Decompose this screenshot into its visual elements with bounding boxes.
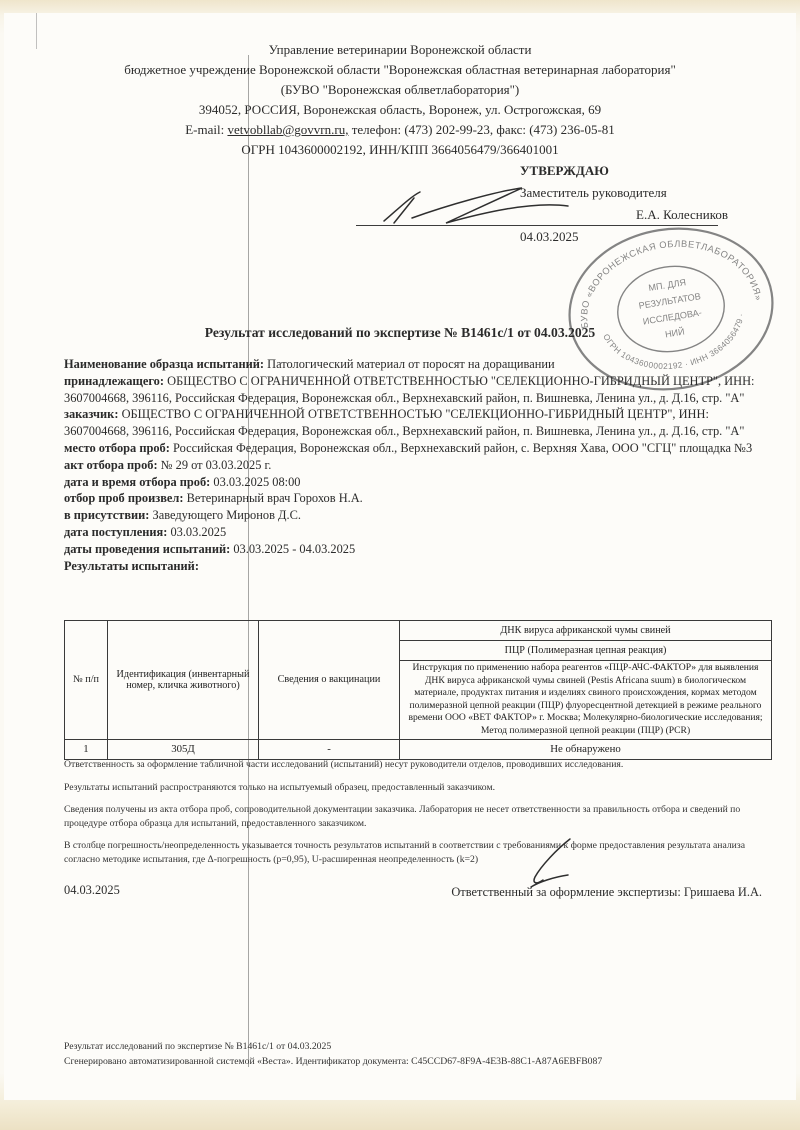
- document-title: Результат исследований по экспертизе № В…: [4, 325, 796, 341]
- stamp-inner-line1: МП. ДЛЯ: [648, 277, 687, 293]
- results-heading: Результаты испытаний:: [64, 558, 772, 575]
- footer-expertise-ref: Результат исследований по экспертизе № В…: [64, 1039, 764, 1054]
- document-footer: Результат исследований по экспертизе № В…: [64, 1039, 764, 1069]
- email-label: E-mail:: [185, 122, 224, 137]
- cell-vaccination: -: [259, 739, 400, 759]
- detail-line: заказчик: ОБЩЕСТВО С ОГРАНИЧЕННОЙ ОТВЕТС…: [64, 406, 772, 440]
- col-header-num: № п/п: [65, 621, 108, 740]
- scanned-document-page: Управление ветеринарии Воронежской облас…: [4, 13, 796, 1100]
- cell-identification: 305Д: [108, 739, 259, 759]
- col-header-method-short: ПЦР (Полимеразная цепная реакция): [400, 641, 772, 661]
- col-header-method-full: Инструкция по применению набора реагенто…: [400, 661, 772, 740]
- results-table: № п/п Идентификация (инвентарный номер, …: [64, 620, 772, 760]
- cell-row-number: 1: [65, 739, 108, 759]
- email-address: vetvobllab@govvrn.ru,: [227, 122, 348, 137]
- org-header: Управление ветеринарии Воронежской облас…: [4, 40, 796, 160]
- footnote: В столбце погрешность/неопределенность у…: [64, 839, 776, 866]
- cell-result: Не обнаружено: [400, 739, 772, 759]
- responsible-person: Ответственный за оформление экспертизы: …: [451, 885, 762, 900]
- detail-line: место отбора проб: Российская Федерация,…: [64, 440, 772, 457]
- footer-generated-id: Сгенерировано автоматизированной системо…: [64, 1054, 764, 1069]
- sample-details: Наименование образца испытаний: Патологи…: [64, 356, 772, 574]
- org-name-line2: бюджетное учреждение Воронежской области…: [4, 60, 796, 80]
- approve-label: УТВЕРЖДАЮ: [520, 163, 609, 179]
- detail-line: дата и время отбора проб: 03.03.2025 08:…: [64, 474, 772, 491]
- footnote: Ответственность за оформление табличной …: [64, 758, 776, 772]
- footnote: Результаты испытаний распространяются то…: [64, 781, 776, 795]
- detail-line: Наименование образца испытаний: Патологи…: [64, 356, 772, 373]
- detail-line: принадлежащего: ОБЩЕСТВО С ОГРАНИЧЕННОЙ …: [64, 373, 772, 407]
- footnotes: Ответственность за оформление табличной …: [64, 758, 776, 875]
- org-ogrn-inn: ОГРН 1043600002192, ИНН/КПП 3664056479/3…: [4, 140, 796, 160]
- org-name-line1: Управление ветеринарии Воронежской облас…: [4, 40, 796, 60]
- org-name-line3: (БУВО "Воронежская облветлаборатория"): [4, 80, 796, 100]
- col-header-analyte: ДНК вируса африканской чумы свиней: [400, 621, 772, 641]
- detail-line: акт отбора проб: № 29 от 03.03.2025 г.: [64, 457, 772, 474]
- detail-line: в присутствии: Заведующего Миронов Д.С.: [64, 507, 772, 524]
- signoff-date: 04.03.2025: [64, 883, 120, 898]
- org-address: 394052, РОССИЯ, Воронежская область, Вор…: [4, 100, 796, 120]
- approver-signature: [370, 185, 630, 229]
- footnote: Сведения получены из акта отбора проб, с…: [64, 803, 776, 830]
- detail-line: дата поступления: 03.03.2025: [64, 524, 772, 541]
- detail-line: даты проведения испытаний: 03.03.2025 - …: [64, 541, 772, 558]
- stamp-inner-line3: ИССЛЕДОВА-: [642, 307, 702, 326]
- phone-fax: телефон: (473) 202-99-23, факс: (473) 23…: [352, 122, 615, 137]
- org-contacts: E-mail: vetvobllab@govvrn.ru, телефон: (…: [4, 120, 796, 140]
- table-row: 1 305Д - Не обнаружено: [65, 739, 772, 759]
- col-header-identification: Идентификация (инвентарный номер, кличка…: [108, 621, 259, 740]
- col-header-vaccination: Сведения о вакцинации: [259, 621, 400, 740]
- detail-line: отбор проб произвел: Ветеринарный врач Г…: [64, 490, 772, 507]
